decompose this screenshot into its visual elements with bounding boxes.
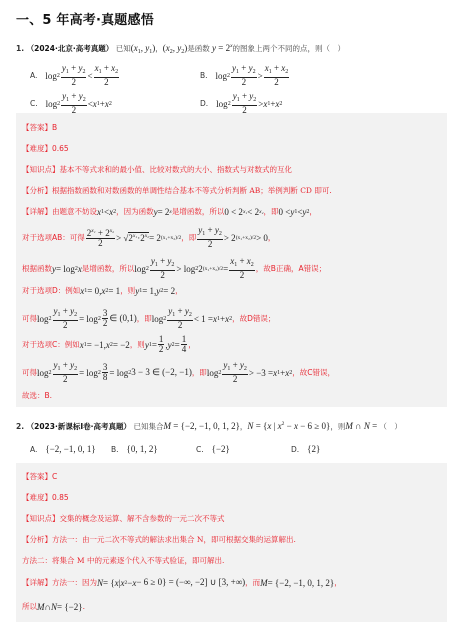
detail-line-6: 对于选项 C：例如 x1 = −1, x2 = −2，则 y1 = 12, y2… — [22, 335, 196, 354]
detail-line-1: 【详解】 方法一：因为 N = {x | x2 − x − 6 ≥ 0} = (… — [22, 577, 342, 588]
solution-box-q1: 【答案】B 【难度】0.65 【知识点】基本不等式求和的最小值、比较对数式的大小… — [16, 113, 447, 407]
analysis-line-2: 方法二：将集合 M 中的元素逐个代入不等式验证，即可解出. — [22, 555, 224, 566]
option-c[interactable]: C. {−2} — [196, 444, 230, 454]
solution-box-q2: 【答案】C 【难度】0.85 【知识点】交集的概念及运算、解不含参数的一元二次不… — [16, 463, 447, 622]
knowledge-line: 【知识点】交集的概念及运算、解不含参数的一元二次不等式 — [22, 513, 225, 524]
option-b[interactable]: B. {0, 1, 2} — [111, 444, 158, 454]
detail-line-5: 可得 log2 y1 + y22 = log2 32 ∈ (0,1)，即 log… — [22, 307, 275, 330]
detail-line-7: 可得 log2 y1 + y22 = log2 38 = log2 3 − 3 … — [22, 361, 335, 384]
question-1-stem: 1. （2024·北京·高考真题） 已知(x1, y1)，(x2, y2)是函数… — [16, 40, 345, 58]
option-b[interactable]: B. log2 y1 + y22 > x1 + x22 — [200, 64, 290, 87]
option-d[interactable]: D. log2 y1 + y22 > x1 + x2 — [200, 92, 282, 115]
question-source: （2023·新课标Ⅰ卷·高考真题） — [27, 422, 131, 431]
question-2-stem: 2. （2023·新课标Ⅰ卷·高考真题） 已知集合M = {−2, −1, 0,… — [16, 418, 402, 433]
question-number: 2. — [16, 422, 24, 431]
section-title: 一、5 年高考·真题感悟 — [16, 9, 154, 28]
difficulty-line: 【难度】0.65 — [22, 143, 69, 154]
detail-line-2: 所以 M ∩ N = {−2}. — [22, 601, 85, 612]
knowledge-line: 【知识点】基本不等式求和的最小值、比较对数式的大小、指数式与对数式的互化 — [22, 164, 292, 175]
analysis-line: 【分析】方法一：由一元二次不等式的解法求出集合 N，即可根据交集的运算解出. — [22, 534, 296, 545]
detail-line-4: 对于选项 D：例如 x1 = 0, x2 = 1，则 y1 = 1, y2 = … — [22, 285, 183, 296]
option-d[interactable]: D. {2} — [291, 444, 320, 454]
answer-value: C — [52, 472, 57, 481]
option-a[interactable]: A. {−2, −1, 0, 1} — [30, 444, 96, 454]
difficulty-value: 0.65 — [52, 144, 69, 153]
detail-line-8: 故选：B. — [22, 390, 52, 401]
answer-line: 【答案】C — [22, 471, 57, 482]
difficulty-line: 【难度】0.85 — [22, 492, 69, 503]
difficulty-value: 0.85 — [52, 493, 69, 502]
answer-line: 【答案】B — [22, 122, 57, 133]
analysis-line: 【分析】根据指数函数和对数函数的单调性结合基本不等式分析判断 AB；举例判断 C… — [22, 185, 332, 196]
question-source: （2024·北京·高考真题） — [27, 44, 114, 53]
detail-line-1: 【详解】 由题意不妨设 x1 < x2，因为函数 y = 2x 是增函数，所以 … — [22, 206, 317, 217]
answer-value: B — [52, 123, 57, 132]
detail-line-2: 对于选项 AB：可得 2x₁ + 2x₂2 > √2x₁·2x₂ = 2(x₁+… — [22, 226, 275, 249]
question-number: 1. — [16, 44, 24, 53]
option-a[interactable]: A. log2 y1 + y22 < x1 + x22 — [30, 64, 120, 87]
detail-line-3: 根据函数 y = log2 x 是增函数，所以 log2 y1 + y22 > … — [22, 257, 326, 280]
option-c[interactable]: C. log2 y1 + y22 < x1 + x2 — [30, 92, 112, 115]
